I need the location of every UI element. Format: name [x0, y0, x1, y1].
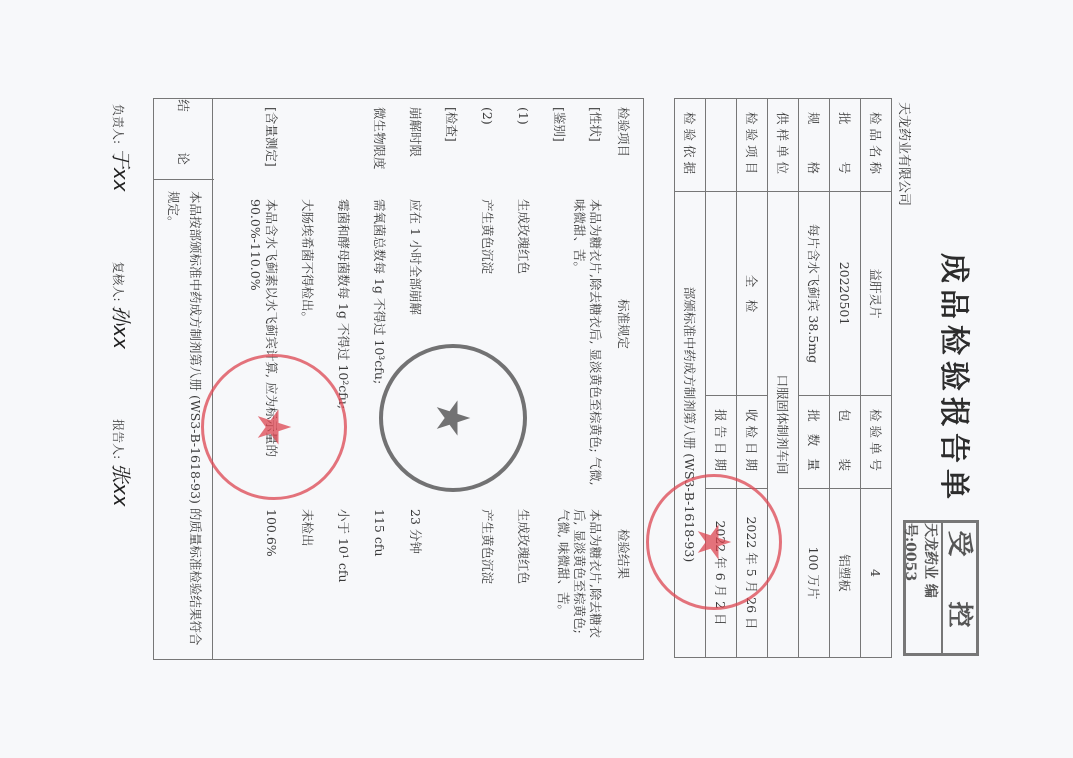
product-name: 益肝灵片 [860, 192, 891, 396]
result-result: 23 分钟 [407, 509, 423, 649]
package: 铝塑板 [829, 489, 860, 658]
supplier: 口服固体制剂车间 [767, 192, 798, 658]
result-item: [含量测定] [263, 107, 279, 197]
company-name: 天龙药业有限公司 [896, 102, 915, 206]
result-item: 微生物限度 [371, 107, 387, 197]
result-item: (1) [515, 107, 531, 197]
result-result: 生成玫瑰红色 [515, 509, 531, 649]
report-number: 4 [860, 489, 891, 658]
batch-number: 20220501 [829, 192, 860, 396]
result-result: 115 cfu [371, 509, 387, 649]
gray-company-seal: ★ [379, 344, 527, 492]
result-item: [鉴别] [551, 107, 567, 197]
specification: 每片含水飞蓟宾 38.5mg [798, 192, 829, 396]
result-standard: 需氧菌总数每 1g 不得过 10³cfu; [371, 199, 387, 499]
result-item: 崩解时限 [407, 107, 423, 197]
result-result: 100.6% [263, 509, 279, 649]
result-result: 小于 10¹ cfu [335, 509, 351, 649]
result-result: 本品为糖衣片,除去糖衣后, 显淡黄色至棕黄色; 气微, 味微甜、苦。 [555, 509, 603, 649]
result-standard: 本品为糖衣片,除去糖衣后, 显淡黄色至棕黄色; 气微, 味微甜、苦。 [571, 199, 603, 499]
controlled-copy-stamp: 受 控 天龙药业 编号:0053 [903, 520, 979, 656]
result-item: [检查] [443, 107, 459, 197]
result-item: (2) [479, 107, 495, 197]
conclusion-box: 结 论 本品按部颁标准中药成方制剂第八册 (WS3-B-1618-93) 的质量… [153, 98, 214, 660]
batch-quantity: 100 万片 [798, 489, 829, 658]
red-seal-top: ★ [646, 474, 782, 610]
result-item: [性状] [587, 107, 603, 197]
signatures: 负责人: 于xx 复核人: 孙xx 报告人: 张xx [108, 104, 137, 644]
result-result: 未检出 [299, 509, 315, 649]
red-company-seal: ★ [201, 354, 347, 500]
inspection-report-page: 成品检验报告单 天龙药业有限公司 受 控 天龙药业 编号:0053 检品名称益肝… [87, 94, 987, 664]
inspection-items: 全 检 [736, 192, 767, 396]
result-result: 产生黄色沉淀 [479, 509, 495, 649]
conclusion-text: 本品按部颁标准中药成方制剂第八册 (WS3-B-1618-93) 的质量标准检验… [162, 191, 206, 651]
